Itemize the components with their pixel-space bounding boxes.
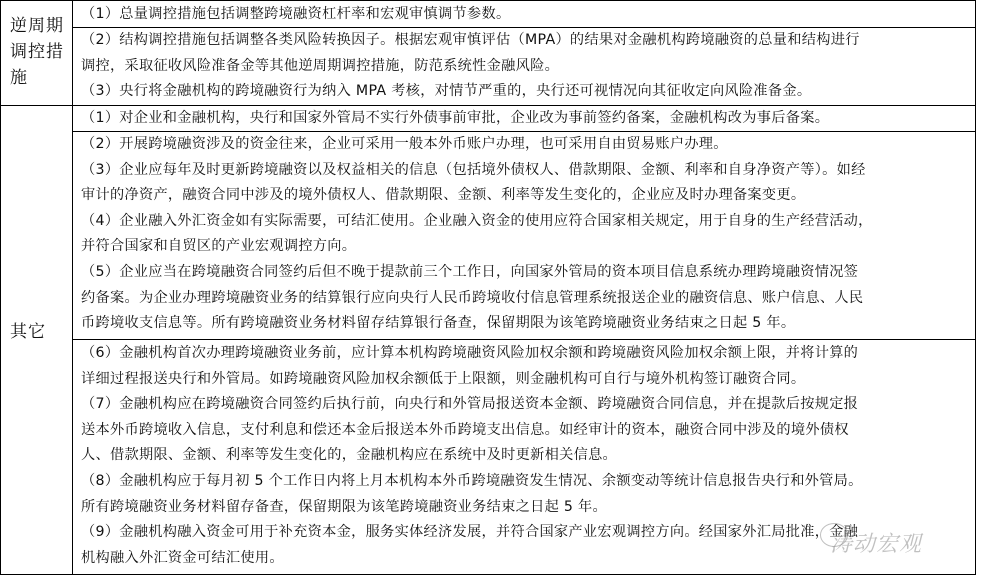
column-divider [72, 1, 73, 574]
cell-other-1: （1）对企业和金融机构，央行和国家外管局不实行外债事前审批，企业改为事前签约备案… [81, 106, 967, 132]
text-line: （1）对企业和金融机构，央行和国家外管局不实行外债事前审批，企业改为事前签约备案… [81, 106, 967, 132]
watermark-text: 涛动宏观 [830, 527, 922, 558]
cell-countercyclical-1: （1）总量调控措施包括调整跨境融资杠杆率和宏观审慎调节参数。 [81, 2, 967, 28]
text-line: （1）总量调控措施包括调整跨境融资杠杆率和宏观审慎调节参数。 [81, 2, 967, 28]
text-line: （2）开展跨境融资涉及的资金往来，企业可采用一般本外币账户办理，也可采用自由贸易… [81, 132, 967, 158]
text-line: 调控，采取征收风险准备金等其他逆周期调控措施，防范系统性金融风险。 [81, 54, 967, 80]
label-line: 调控措 [10, 39, 72, 65]
section-label-other: 其它 [1, 319, 72, 345]
text-line: 并符合国家和自贸区的产业宏观调控方向。 [81, 234, 967, 260]
label-line: 其它 [10, 319, 72, 345]
text-line: 币跨境收支信息等。所有跨境融资业务材料留存结算银行备查，保留期限为该笔跨境融资业… [81, 311, 967, 337]
text-line: （5）企业应当在跨境融资合同签约后但不晚于提款前三个工作日，向国家外管局的资本项… [81, 260, 967, 286]
text-line: 送本外币跨境收入信息，支付利息和偿还本金后报送本外币跨境支出信息。如经审计的资本… [81, 418, 967, 444]
text-line: 详细过程报送央行和外管局。如跨境融资风险加权余额低于上限额，则金融机构可自行与境… [81, 367, 967, 393]
label-line: 施 [10, 65, 72, 91]
text-line: 所有跨境融资业务材料留存备查，保留期限为该笔跨境融资业务结束之日起 5 年。 [81, 495, 967, 521]
text-line: （6）金融机构首次办理跨境融资业务前，应计算本机构跨境融资风险加权余额和跨境融资… [81, 341, 967, 367]
text-line: （3）央行将金融机构的跨境融资行为纳入 MPA 考核，对情节严重的，央行还可视情… [81, 79, 967, 105]
cell-countercyclical-2: （2）结构调控措施包括调整各类风险转换因子。根据宏观审慎评估（MPA）的结果对金… [81, 28, 967, 105]
policy-table: 逆周期 调控措 施 （1）总量调控措施包括调整跨境融资杠杆率和宏观审慎调节参数。… [0, 0, 976, 575]
text-line: 约备案。为企业办理跨境融资业务的结算银行应向央行人民币跨境收付信息管理系统报送企… [81, 286, 967, 312]
label-line: 逆周期 [10, 13, 72, 39]
section-label-countercyclical: 逆周期 调控措 施 [1, 13, 72, 91]
text-line: （7）金融机构应在跨境融资合同签约后执行前，向央行和外管局报送资本金额、跨境融资… [81, 392, 967, 418]
row-divider [72, 339, 975, 340]
text-line: （3）企业应每年及时更新跨境融资以及权益相关的信息（包括境外债权人、借款期限、金… [81, 158, 967, 184]
text-line: 人、借款期限、金额、利率等发生变化的，金融机构应在系统中及时更新相关信息。 [81, 443, 967, 469]
text-line: （2）结构调控措施包括调整各类风险转换因子。根据宏观审慎评估（MPA）的结果对金… [81, 28, 967, 54]
text-line: （4）企业融入外汇资金如有实际需要，可结汇使用。企业融入资金的使用应符合国家相关… [81, 209, 967, 235]
text-line: 审计的净资产，融资合同中涉及的境外债权人、借款期限、金额、利率等发生变化的，企业… [81, 183, 967, 209]
text-line: （8）金融机构应于每月初 5 个工作日内将上月本机构本外币跨境融资发生情况、余额… [81, 469, 967, 495]
cell-other-2: （2）开展跨境融资涉及的资金往来，企业可采用一般本外币账户办理，也可采用自由贸易… [81, 132, 967, 337]
